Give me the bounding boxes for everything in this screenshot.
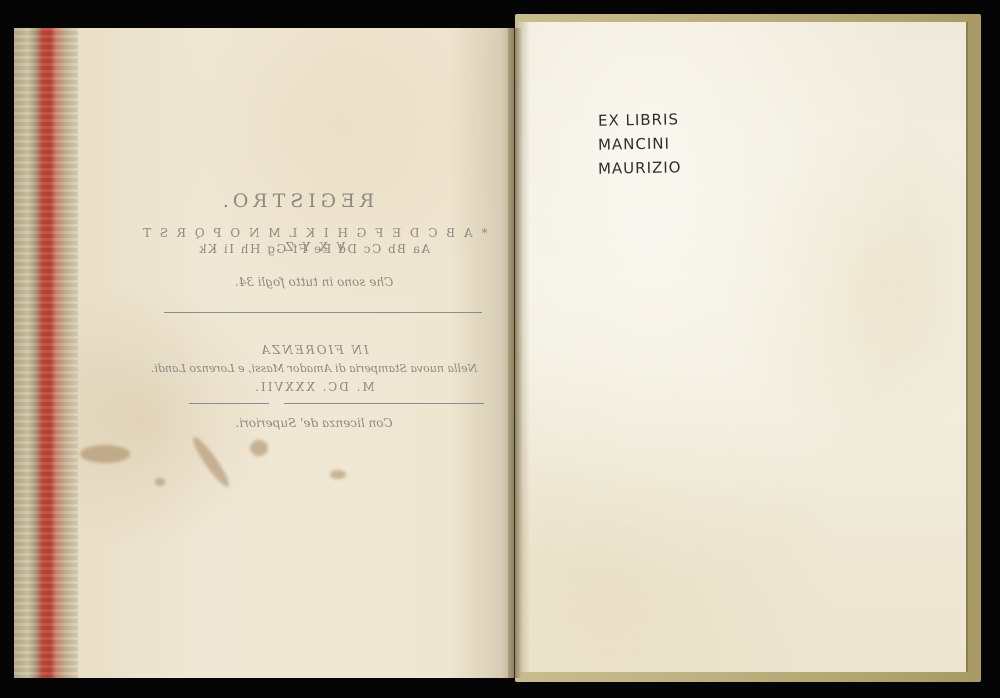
foxing-stain (250, 440, 268, 456)
right-page (518, 22, 968, 672)
red-sprinkled-page-edge (14, 28, 84, 678)
divider-rule (189, 403, 269, 404)
foxing-stain (330, 470, 346, 479)
open-book: REGISTRO. * A B C D E F G H I K L M N O … (0, 0, 1000, 698)
divider-rule (164, 312, 482, 313)
owner-surname: MANCINI (598, 131, 682, 156)
foxing-stain (155, 478, 165, 486)
register-title: REGISTRO. (78, 190, 514, 212)
ex-libris-note: EX LIBRIS MANCINI MAURIZIO (598, 108, 682, 180)
owner-name: MAURIZIO (598, 155, 682, 180)
foxing-stain (80, 445, 130, 463)
ex-libris-line: EX LIBRIS (598, 107, 682, 132)
sheet-count: Che sono in tutto fogli 34. (134, 275, 494, 289)
imprint-license: Con licenza de' Superiori. (134, 416, 494, 430)
bleedthrough-text: REGISTRO. * A B C D E F G H I K L M N O … (78, 28, 514, 678)
signature-doubles: Aa Bb Cc Dd Ee Ff Gg Hh Ii Kk (134, 242, 494, 256)
imprint-place: IN FIORENZA (134, 343, 494, 357)
divider-rule (284, 403, 484, 404)
book-gutter (508, 28, 522, 678)
imprint-printer: Nella nuova Stamperia di Amador Massi, e… (124, 362, 504, 375)
imprint-year: M. DC. XXXVII. (134, 380, 494, 394)
